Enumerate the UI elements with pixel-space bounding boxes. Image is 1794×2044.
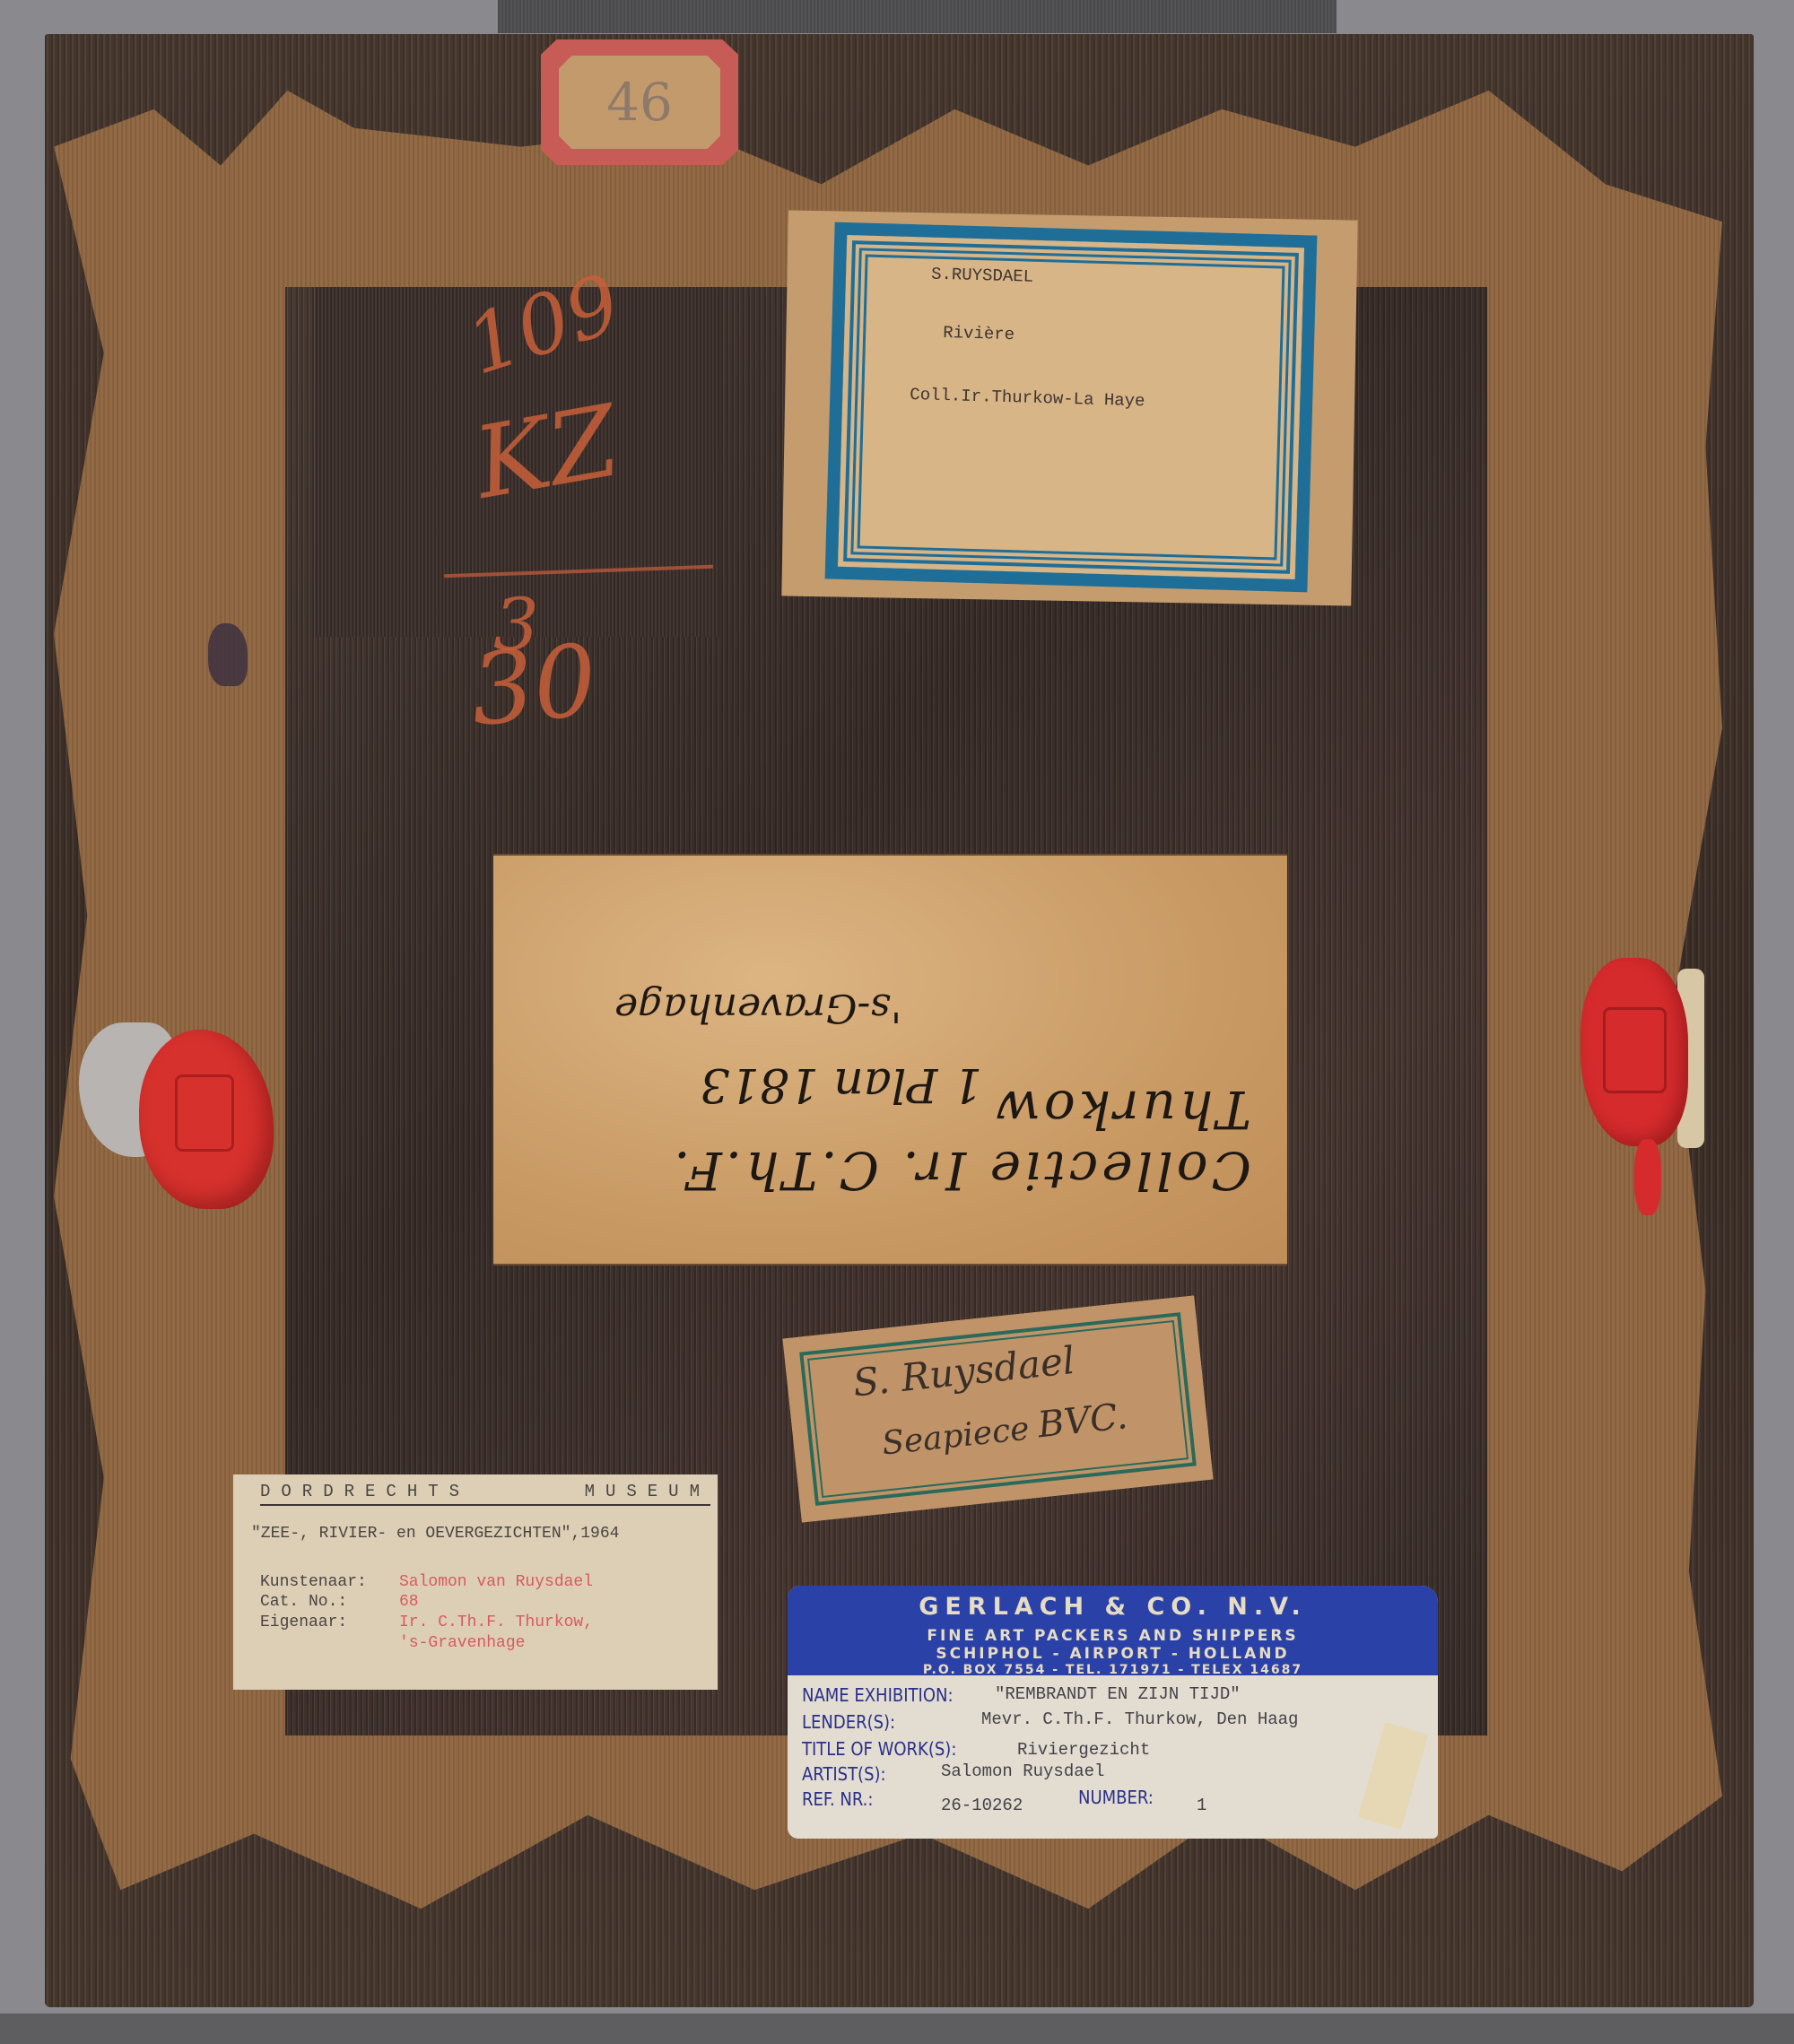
ink-stain: [208, 623, 248, 686]
gerlach-header: GERLACH & CO. N.V. FINE ART PACKERS AND …: [788, 1586, 1438, 1675]
wax-drip: [1634, 1139, 1661, 1215]
number-label-text: 46: [559, 56, 720, 149]
seal-crest-icon: [175, 1074, 234, 1152]
museum-header-right: MUSEUM: [585, 1482, 710, 1501]
ref-nr-value: 26-10262: [941, 1796, 1023, 1815]
lenders-label: LENDER(S):: [802, 1711, 895, 1733]
floor-backdrop: [0, 2014, 1794, 2044]
field-cat-no: Cat. No.:68: [260, 1593, 419, 1611]
number-value: 1: [1197, 1796, 1206, 1815]
number-label: NUMBER:: [1078, 1787, 1154, 1808]
typed-collection-label: S.RUYSDAEL Rivière Coll.Ir.Thurkow-La Ha…: [825, 222, 1318, 593]
field-value: Salomon van Ruysdael: [399, 1573, 593, 1591]
chalk-number-30: 30: [466, 622, 602, 748]
field-value: Ir. C.Th.F. Thurkow,: [399, 1613, 593, 1631]
ref-nr-label: REF. NR.:: [802, 1788, 873, 1810]
owner-city: 's-Gravenhage: [399, 1634, 525, 1652]
name-exhibition-label: NAME EXHIBITION:: [802, 1684, 954, 1706]
handwritten-collection-label: Collectie Ir. C.Th.F. Thurkow 1 Plan 181…: [493, 854, 1287, 1266]
handwriting-line-2: 1 Plan 1813: [700, 1057, 982, 1111]
museum-header-left: DORDRECHTS: [260, 1482, 470, 1501]
museum-header: DORDRECHTS MUSEUM: [260, 1482, 710, 1506]
artists-value: Salomon Ruysdael: [941, 1761, 1104, 1781]
label-collection: Coll.Ir.Thurkow-La Haye: [910, 385, 1145, 411]
handwriting-line-3: 's-Gravenhage: [614, 985, 901, 1031]
wax-seal-right: [1581, 958, 1688, 1146]
field-key: Eigenaar:: [260, 1613, 399, 1631]
dordrechts-museum-label: DORDRECHTS MUSEUM "ZEE-, RIVIER- en OEVE…: [233, 1474, 718, 1690]
field-eigenaar: Eigenaar:Ir. C.Th.F. Thurkow,: [260, 1613, 593, 1631]
field-value: 68: [399, 1593, 419, 1611]
company-name: GERLACH & CO. N.V.: [788, 1593, 1438, 1621]
field-key: Kunstenaar:: [260, 1573, 399, 1591]
exhibition-title: "ZEE-, RIVIER- en OEVERGEZICHTEN",1964: [251, 1525, 619, 1543]
label-title: Rivière: [943, 323, 1015, 344]
lenders-value: Mevr. C.Th.F. Thurkow, Den Haag: [981, 1709, 1298, 1729]
field-key: Cat. No.:: [260, 1593, 399, 1611]
number-label: 46: [541, 39, 738, 165]
mounting-clamp: [498, 0, 1337, 33]
seal-crown-crest-icon: [1603, 1007, 1667, 1093]
company-location: SCHIPHOL - AIRPORT - HOLLAND: [788, 1645, 1438, 1663]
gerlach-shipping-label: GERLACH & CO. N.V. FINE ART PACKERS AND …: [788, 1586, 1438, 1839]
name-exhibition-value: "REMBRANDT EN ZIJN TIJD": [995, 1684, 1241, 1704]
gerlach-fields: NAME EXHIBITION: "REMBRANDT EN ZIJN TIJD…: [802, 1684, 1429, 1839]
title-of-work-value: Riviergezicht: [1017, 1740, 1150, 1760]
chalk-letters-kz: KZ: [466, 383, 626, 521]
inverted-handwriting: Collectie Ir. C.Th.F. Thurkow 1 Plan 181…: [493, 856, 1287, 1264]
field-kunstenaar: Kunstenaar:Salomon van Ruysdael: [260, 1573, 593, 1591]
title-of-work-label: TITLE OF WORK(S):: [802, 1738, 956, 1760]
company-tagline: FINE ART PACKERS AND SHIPPERS: [788, 1627, 1438, 1645]
label-artist: S.RUYSDAEL: [931, 265, 1034, 287]
company-contact: P.O. BOX 7554 - TEL. 171971 - TELEX 1468…: [788, 1663, 1438, 1677]
artists-label: ARTIST(S):: [802, 1763, 886, 1785]
